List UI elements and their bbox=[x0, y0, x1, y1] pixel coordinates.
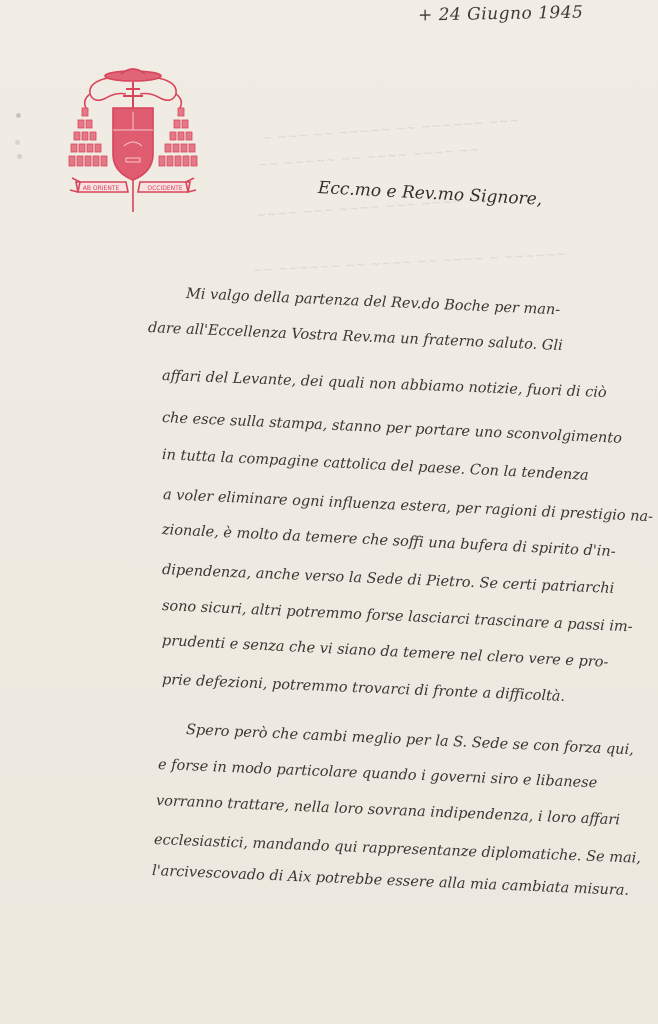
margin-mark bbox=[16, 113, 21, 118]
cardinal-coat-of-arms-icon: AB ORIENTE OCCIDENTE bbox=[68, 64, 198, 216]
body-line: dipendenza, anche verso la Sede di Pietr… bbox=[162, 562, 615, 597]
body-line: zionale, è molto da temere che soffi una… bbox=[162, 522, 616, 560]
body-line: ecclesiastici, mandando qui rappresentan… bbox=[154, 832, 642, 867]
margin-mark bbox=[17, 154, 22, 159]
body-line: che esce sulla stampa, stanno per portar… bbox=[162, 410, 623, 447]
body-line: dare all'Eccellenza Vostra Rev.ma un fra… bbox=[148, 320, 563, 354]
bleed-through-text: ~ ~~~ ~~ ~~~~~ ~~ ~~~~~~ ~~~ bbox=[262, 113, 520, 145]
motto-left: AB ORIENTE bbox=[83, 185, 120, 192]
body-line: e forse in modo particolare quando i gov… bbox=[158, 757, 598, 791]
motto-right: OCCIDENTE bbox=[147, 185, 182, 192]
bleed-through-text: ~~ ~~~~~ ~~ ~~~~ ~~~~ ~~ bbox=[258, 142, 481, 171]
letter-page: + 24 Giugno 1945 bbox=[0, 0, 658, 1024]
body-line: affari del Levante, dei quali non abbiam… bbox=[162, 368, 607, 401]
body-line: Spero però che cambi meglio per la S. Se… bbox=[186, 722, 635, 758]
margin-mark bbox=[15, 140, 20, 145]
body-line: a voler eliminare ogni influenza estera,… bbox=[163, 487, 654, 525]
body-line: Mi valgo della partenza del Rev.do Boche… bbox=[186, 286, 561, 318]
bleed-through-text: ~~ ~~~~~~ ~~ ~~~~ ~~ ~~~~ ~ ~~~~~~ bbox=[252, 247, 567, 277]
body-line: l'arcivescovado di Aix potrebbe essere a… bbox=[152, 863, 630, 899]
letter-date: + 24 Giugno 1945 bbox=[418, 3, 584, 26]
body-line: in tutta la compagine cattolica del paes… bbox=[162, 447, 589, 484]
body-line: prudenti e senza che vi siano da temere … bbox=[162, 633, 609, 671]
body-line: vorranno trattare, nella loro sovrana in… bbox=[156, 793, 621, 828]
body-line: sono sicuri, altri potremmo forse lascia… bbox=[162, 598, 633, 635]
body-line: prie defezioni, potremmo trovarci di fro… bbox=[162, 672, 566, 705]
